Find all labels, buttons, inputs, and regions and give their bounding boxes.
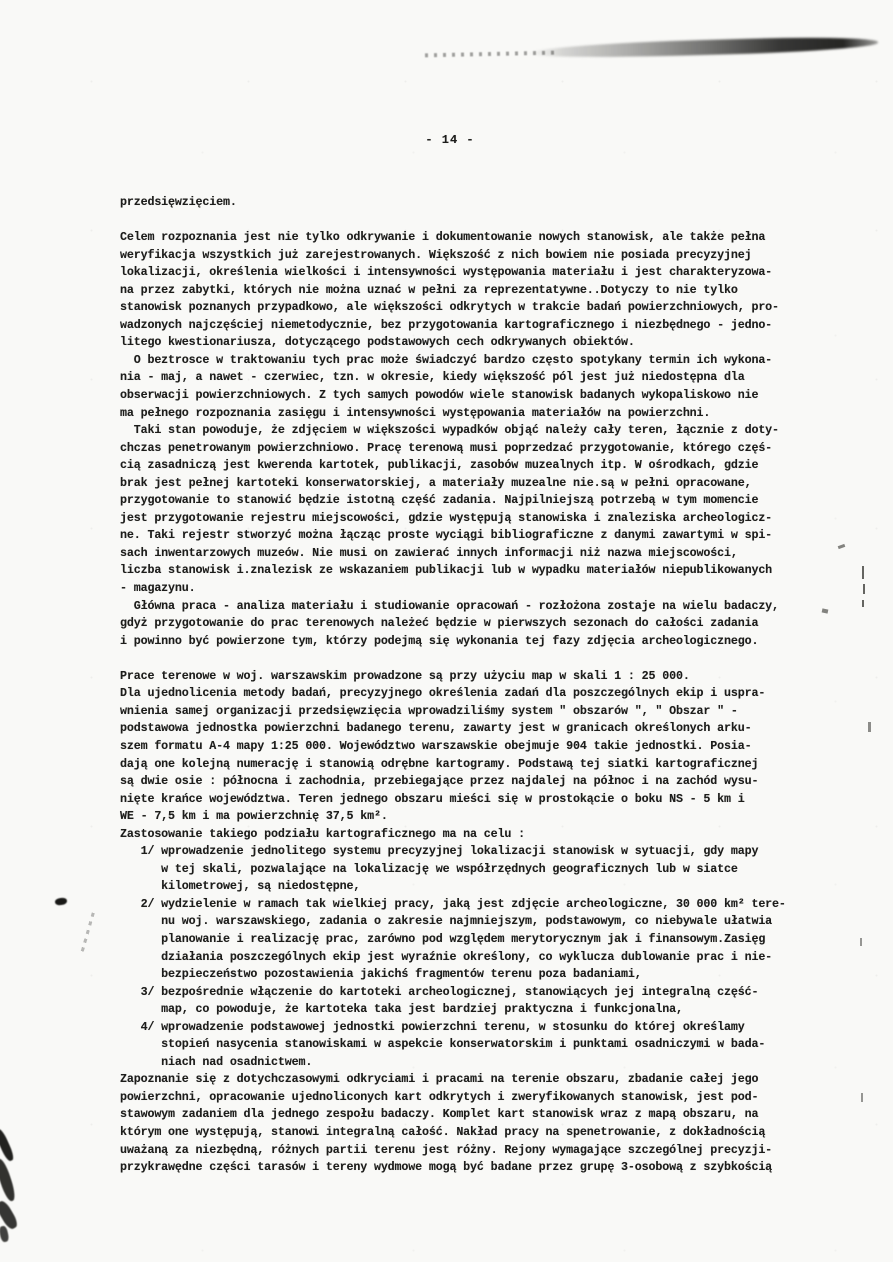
text-line: wnienia samej organizacji przedsięwzięci… [120, 703, 820, 721]
text-line: nięte krańce województwa. Teren jednego … [120, 791, 820, 809]
text-line: planowanie i realizację prac, zarówno po… [120, 931, 820, 949]
text-line: Zastosowanie takiego podziału kartografi… [120, 826, 820, 844]
text-line: weryfikacja wszystkich już zarejestrowan… [120, 247, 820, 265]
text-line: przedsięwzięciem. [120, 194, 820, 212]
document-page: - 14 - przedsięwzięciem. Celem rozpoznan… [0, 0, 893, 1262]
document-body: przedsięwzięciem. Celem rozpoznania jest… [120, 194, 820, 1177]
text-line: 1/ wprowadzenie jednolitego systemu prec… [120, 843, 820, 861]
text-line: brak jest pełnej kartoteki konserwatorsk… [120, 475, 820, 493]
text-line: sach inwentarzowych muzeów. Nie musi on … [120, 545, 820, 563]
text-line: ne. Taki rejestr stworzyć można łącząc p… [120, 527, 820, 545]
margin-tick-mark [868, 722, 871, 732]
text-line: w tej skali, pozwalające na lokalizację … [120, 861, 820, 879]
text-line: nia - maj, a nawet - czerwiec, tzn. w ok… [120, 369, 820, 387]
margin-tick-mark [822, 608, 829, 613]
margin-tick-mark [860, 938, 862, 946]
text-line: jest przygotowanie rejestru miejscowości… [120, 510, 820, 528]
text-line: Prace terenowe w woj. warszawskim prowad… [120, 668, 820, 686]
text-line: którym one występują, stanowi integralną… [120, 1124, 820, 1142]
text-line: bezpieczeństwo pozostawienia jakichś fra… [120, 966, 820, 984]
text-line: dają one kolejną numerację i stanowią od… [120, 756, 820, 774]
margin-tick-mark [862, 566, 864, 579]
text-line: gdyż przygotowanie do prac terenowych na… [120, 615, 820, 633]
text-line: działania poszczególnych ekip jest wyraź… [120, 949, 820, 967]
margin-tick-mark [862, 600, 864, 607]
text-line: na przez zabytki, których nie można uzna… [120, 282, 820, 300]
scan-edge-mark [0, 1225, 10, 1242]
text-line: liczba stanowisk i.znalezisk ze wskazani… [120, 562, 820, 580]
text-line [120, 212, 820, 230]
text-line: kilometrowej, są niedostępne, [120, 878, 820, 896]
text-line: map, co powoduje, że kartoteka taka jest… [120, 1001, 820, 1019]
scan-edge-mark [0, 1157, 18, 1202]
text-line: uważaną za niezbędną, różnych partii ter… [120, 1142, 820, 1160]
text-line: i powinno być powierzone tym, którzy pod… [120, 633, 820, 651]
text-line: podstawowa jednostka powierzchni badaneg… [120, 720, 820, 738]
text-line: O beztrosce w traktowaniu tych prac może… [120, 352, 820, 370]
margin-tick-mark [838, 544, 846, 549]
text-line: chczas penetrowanym powierzchniowo. Prac… [120, 440, 820, 458]
text-line: przygotowanie to stanowić będzie istotną… [120, 492, 820, 510]
text-line: obserwacji powierzchniowych. Z tych samy… [120, 387, 820, 405]
text-line: są dwie osie : północna i zachodnia, prz… [120, 773, 820, 791]
pencil-trail-mark [80, 912, 94, 953]
text-line: powierzchni, opracowanie ujednoliconych … [120, 1089, 820, 1107]
scan-edge-mark [0, 1128, 16, 1163]
text-line: Celem rozpoznania jest nie tylko odkrywa… [120, 229, 820, 247]
scan-smudge-top [528, 35, 878, 60]
text-line: Zapoznanie się z dotychczasowymi odkryci… [120, 1071, 820, 1089]
text-line: - magazynu. [120, 580, 820, 598]
text-line: litego kwestionariusza, dotyczącego pods… [120, 334, 820, 352]
text-line: cią zasadniczą jest kwerenda kartotek, p… [120, 457, 820, 475]
text-line: Główna praca - analiza materiału i studi… [120, 598, 820, 616]
text-line: WE - 7,5 km i ma powierzchnię 37,5 km². [120, 808, 820, 826]
page-number: - 14 - [120, 133, 780, 147]
text-line: Taki stan powoduje, że zdjęciem w większ… [120, 422, 820, 440]
text-line [120, 650, 820, 668]
pencil-mark [55, 897, 68, 906]
text-line: 3/ bezpośrednie włączenie do kartoteki a… [120, 984, 820, 1002]
text-line: stopień nasycenia stanowiskami w aspekci… [120, 1036, 820, 1054]
text-line: niach nad osadnictwem. [120, 1054, 820, 1072]
text-line: 4/ wprowadzenie podstawowej jednostki po… [120, 1019, 820, 1037]
text-line: nu woj. warszawskiego, zadania o zakresi… [120, 913, 820, 931]
text-line: wadzonych najczęściej niemetodycznie, be… [120, 317, 820, 335]
text-line: przykrawędne części tarasów i tereny wyd… [120, 1159, 820, 1177]
text-line: szem formatu A-4 mapy 1:25 000. Wojewódz… [120, 738, 820, 756]
text-line: 2/ wydzielenie w ramach tak wielkiej pra… [120, 896, 820, 914]
text-line: stanowisk poznanych przypadkowo, ale wię… [120, 299, 820, 317]
text-line: Dla ujednolicenia metody badań, precyzyj… [120, 685, 820, 703]
text-line: stawowym zadaniem dla jednego zespołu ba… [120, 1106, 820, 1124]
text-line: ma pełnego rozpoznania zasięgu i intensy… [120, 405, 820, 423]
text-line: lokalizacji, określenia wielkości i inte… [120, 264, 820, 282]
margin-tick-mark [863, 584, 865, 594]
margin-tick-mark [861, 1093, 863, 1102]
